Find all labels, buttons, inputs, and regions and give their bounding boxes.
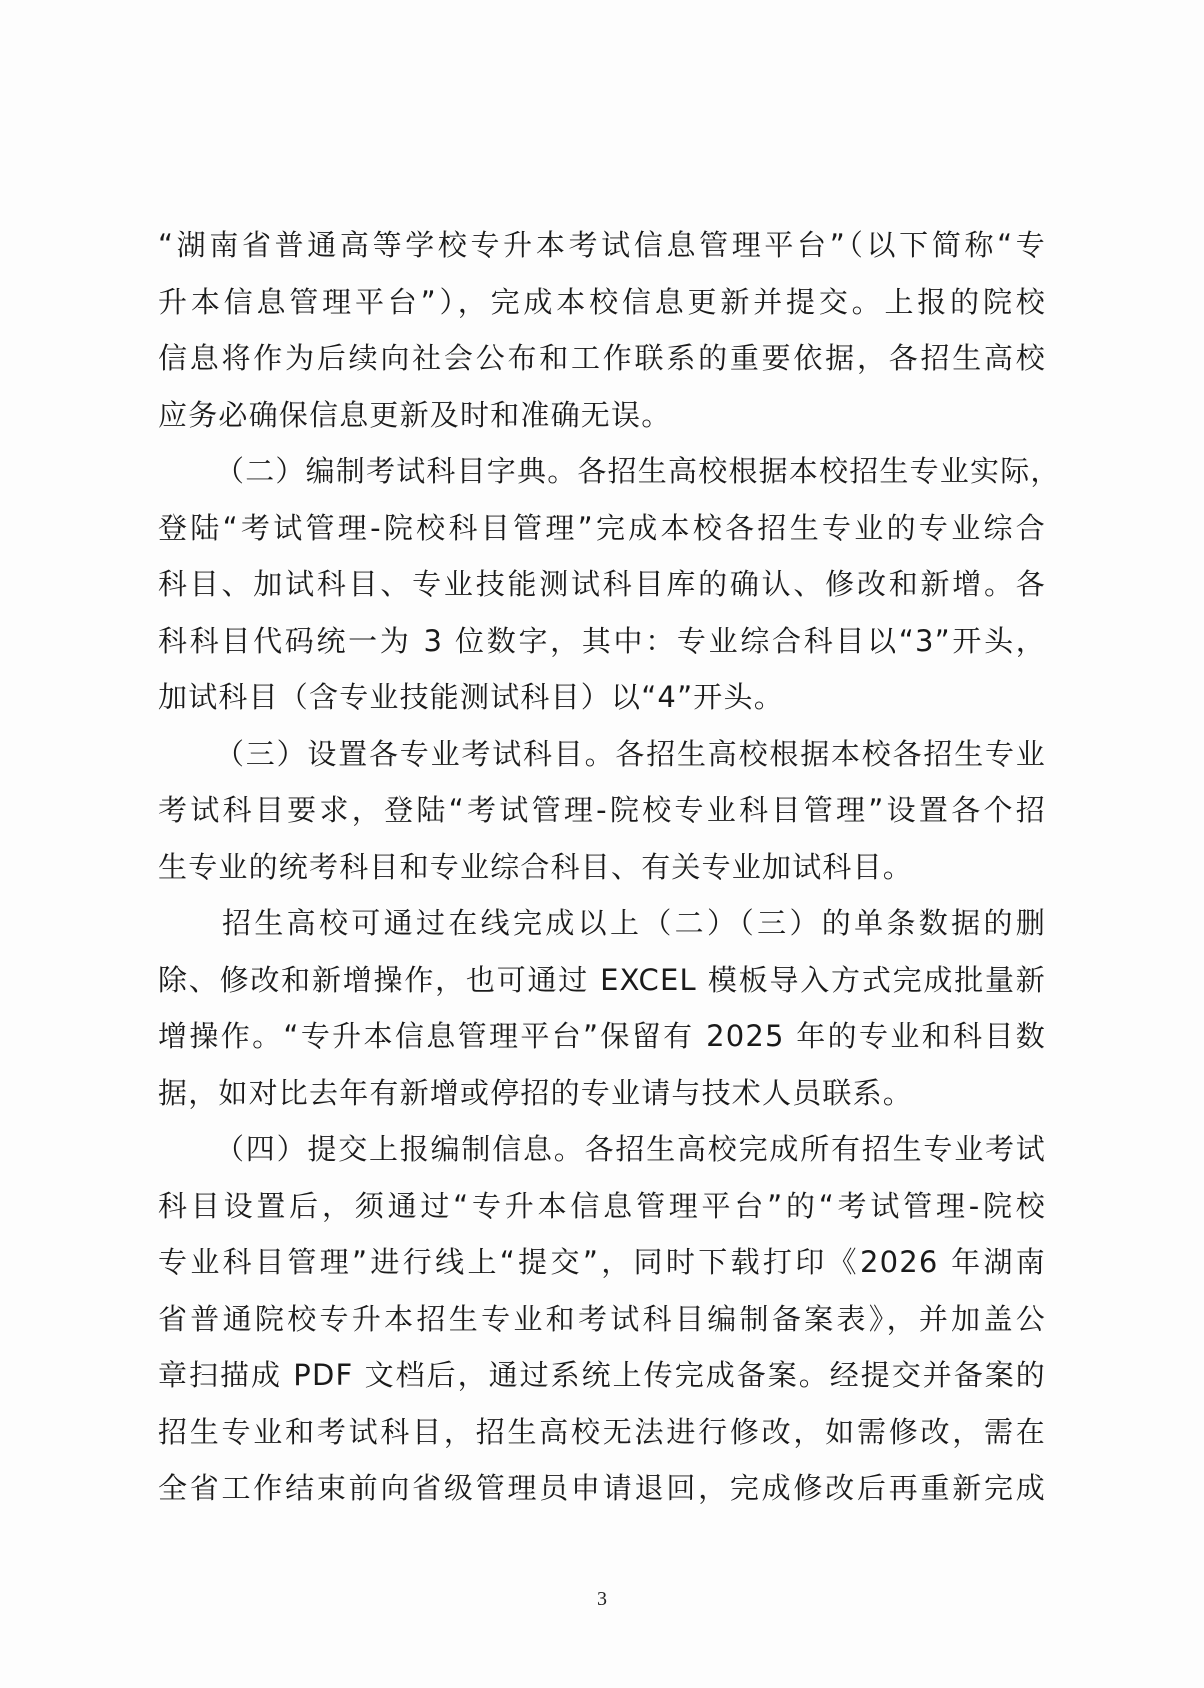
text-line: 专业科目管理”进行线上“提交”，同时下载打印《2026 年湖南	[158, 1242, 1046, 1282]
text-line: 考试科目要求，登陆“考试管理-院校专业科目管理”设置各个招	[158, 790, 1046, 830]
text-line: 招生专业和考试科目，招生高校无法进行修改，如需修改，需在	[158, 1412, 1046, 1452]
text-line: 升本信息管理平台”），完成本校信息更新并提交。上报的院校	[158, 282, 1046, 322]
page-number: 3	[0, 1588, 1204, 1611]
text-line: （二）编制考试科目字典。各招生高校根据本校招生专业实际，	[215, 451, 1046, 491]
text-line: 科目、加试科目、专业技能测试科目库的确认、修改和新增。各	[158, 564, 1046, 604]
document-page: “湖南省普通高等学校专升本考试信息管理平台”（以下简称“专升本信息管理平台”），…	[0, 0, 1204, 1688]
text-line: 加试科目（含专业技能测试科目）以“4”开头。	[158, 677, 1046, 717]
text-line: 省普通院校专升本招生专业和考试科目编制备案表》，并加盖公	[158, 1299, 1046, 1339]
text-line: 生专业的统考科目和专业综合科目、有关专业加试科目。	[158, 847, 1046, 887]
text-line: 招生高校可通过在线完成以上（二）（三）的单条数据的删	[222, 903, 1046, 943]
text-line: 全省工作结束前向省级管理员申请退回，完成修改后再重新完成	[158, 1468, 1046, 1508]
text-line: 除、修改和新增操作，也可通过 EXCEL 模板导入方式完成批量新	[158, 960, 1046, 1000]
text-line: “湖南省普通高等学校专升本考试信息管理平台”（以下简称“专	[158, 225, 1046, 265]
text-line: 登陆“考试管理-院校科目管理”完成本校各招生专业的专业综合	[158, 508, 1046, 548]
text-line: 科目设置后，须通过“专升本信息管理平台”的“考试管理-院校	[158, 1186, 1046, 1226]
text-line: 章扫描成 PDF 文档后，通过系统上传完成备案。经提交并备案的	[158, 1355, 1046, 1395]
text-line: （四）提交上报编制信息。各招生高校完成所有招生专业考试	[215, 1129, 1046, 1169]
text-line: （三）设置各专业考试科目。各招生高校根据本校各招生专业	[215, 734, 1046, 774]
text-line: 信息将作为后续向社会公布和工作联系的重要依据，各招生高校	[158, 338, 1046, 378]
text-line: 科科目代码统一为 3 位数字，其中：专业综合科目以“3”开头，	[158, 621, 1046, 661]
text-line: 据，如对比去年有新增或停招的专业请与技术人员联系。	[158, 1073, 1046, 1113]
text-line: 增操作。“专升本信息管理平台”保留有 2025 年的专业和科目数	[158, 1016, 1046, 1056]
text-line: 应务必确保信息更新及时和准确无误。	[158, 395, 1046, 435]
